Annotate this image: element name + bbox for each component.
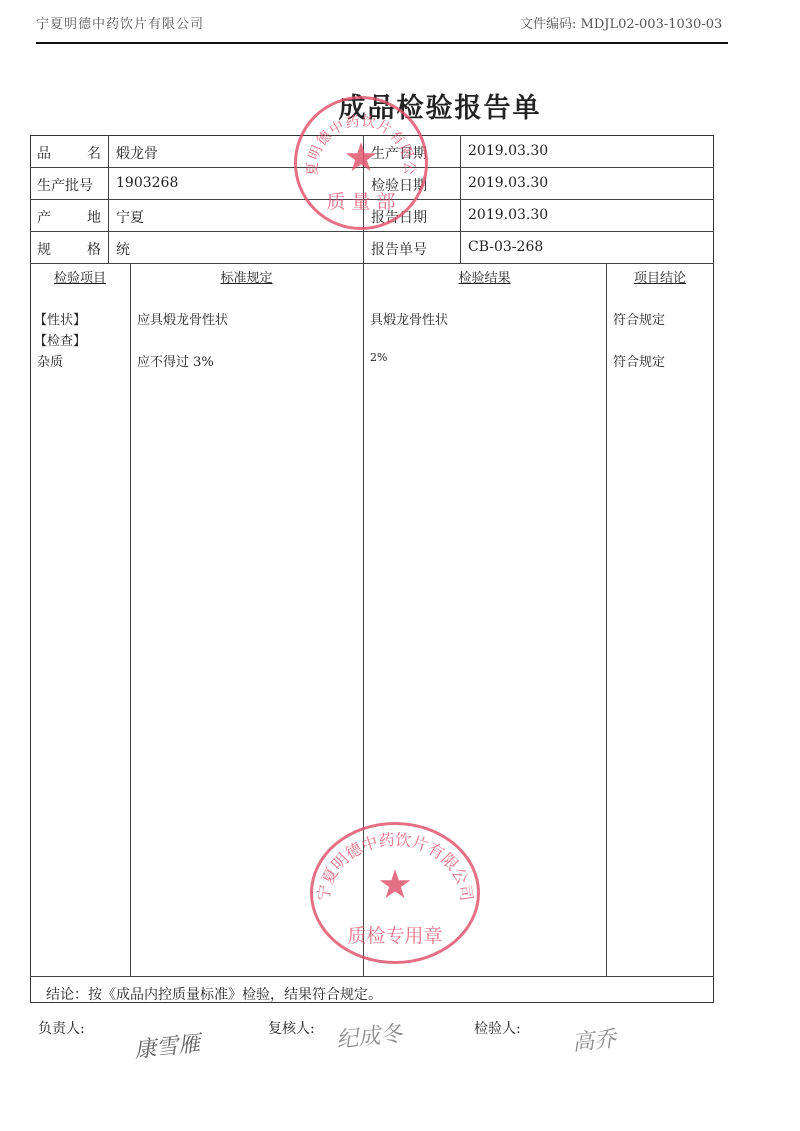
inspector-signature: 高乔 bbox=[571, 1022, 618, 1057]
row-standard: 应不得过 3% bbox=[137, 351, 214, 370]
document-code: 文件编码: MDJL02-003-1030-03 bbox=[520, 13, 722, 32]
conclusion-text: 结论：按《成品内控质量标准》检验，结果符合规定。 bbox=[46, 984, 382, 1004]
row-divider bbox=[30, 167, 714, 168]
header-divider bbox=[36, 42, 728, 44]
label-char: 地 bbox=[87, 207, 101, 227]
row-item: 【性状】 bbox=[34, 309, 86, 328]
reviewer-signature: 纪成冬 bbox=[335, 1017, 404, 1055]
inspection-date-label: 检验日期 bbox=[371, 175, 427, 195]
inspection-date-value: 2019.03.30 bbox=[468, 175, 548, 191]
col-header-conclusion: 项目结论 bbox=[606, 267, 714, 286]
report-date-value: 2019.03.30 bbox=[468, 207, 548, 223]
page-title: 成品检验报告单 bbox=[0, 86, 800, 125]
product-name-label: 品名 bbox=[37, 143, 101, 163]
row-divider bbox=[30, 976, 714, 977]
report-no-label: 报告单号 bbox=[371, 239, 427, 259]
row-item: 【检查】 bbox=[34, 330, 86, 349]
label-char: 名 bbox=[87, 143, 101, 163]
responsible-signature: 康雪雁 bbox=[133, 1027, 202, 1065]
col-divider bbox=[363, 135, 364, 976]
row-result: 2% bbox=[370, 351, 387, 364]
origin-label: 产地 bbox=[37, 207, 101, 227]
label-char: 格 bbox=[87, 239, 101, 259]
report-table bbox=[30, 135, 714, 1003]
row-divider bbox=[30, 263, 714, 264]
row-item: 杂质 bbox=[37, 351, 63, 370]
col-divider bbox=[108, 135, 109, 263]
row-standard: 应具煅龙骨性状 bbox=[137, 309, 228, 328]
batch-label: 生产批号 bbox=[37, 175, 93, 195]
reviewer-label: 复核人: bbox=[268, 1018, 315, 1038]
col-header-standard: 标准规定 bbox=[130, 267, 363, 286]
product-name-value: 煅龙骨 bbox=[116, 143, 158, 163]
col-divider bbox=[460, 135, 461, 263]
responsible-label: 负责人: bbox=[38, 1018, 85, 1038]
row-conclusion: 符合规定 bbox=[613, 309, 665, 328]
report-date-label: 报告日期 bbox=[371, 207, 427, 227]
label-char: 品 bbox=[37, 143, 51, 163]
col-divider bbox=[130, 263, 131, 976]
production-date-label: 生产日期 bbox=[371, 143, 427, 163]
inspector-label: 检验人: bbox=[474, 1018, 521, 1038]
label-char: 规 bbox=[37, 239, 51, 259]
batch-value: 1903268 bbox=[116, 175, 178, 191]
spec-label: 规格 bbox=[37, 239, 101, 259]
row-divider bbox=[30, 231, 714, 232]
row-divider bbox=[30, 199, 714, 200]
origin-value: 宁夏 bbox=[116, 207, 144, 227]
report-no-value: CB-03-268 bbox=[468, 239, 543, 255]
col-header-item: 检验项目 bbox=[30, 267, 130, 286]
spec-value: 统 bbox=[116, 239, 130, 259]
col-header-result: 检验结果 bbox=[363, 267, 606, 286]
production-date-value: 2019.03.30 bbox=[468, 143, 548, 159]
label-char: 产 bbox=[37, 207, 51, 227]
company-header: 宁夏明德中药饮片有限公司 bbox=[36, 13, 204, 32]
row-result: 具煅龙骨性状 bbox=[370, 309, 448, 328]
row-conclusion: 符合规定 bbox=[613, 351, 665, 370]
col-divider bbox=[606, 263, 607, 976]
